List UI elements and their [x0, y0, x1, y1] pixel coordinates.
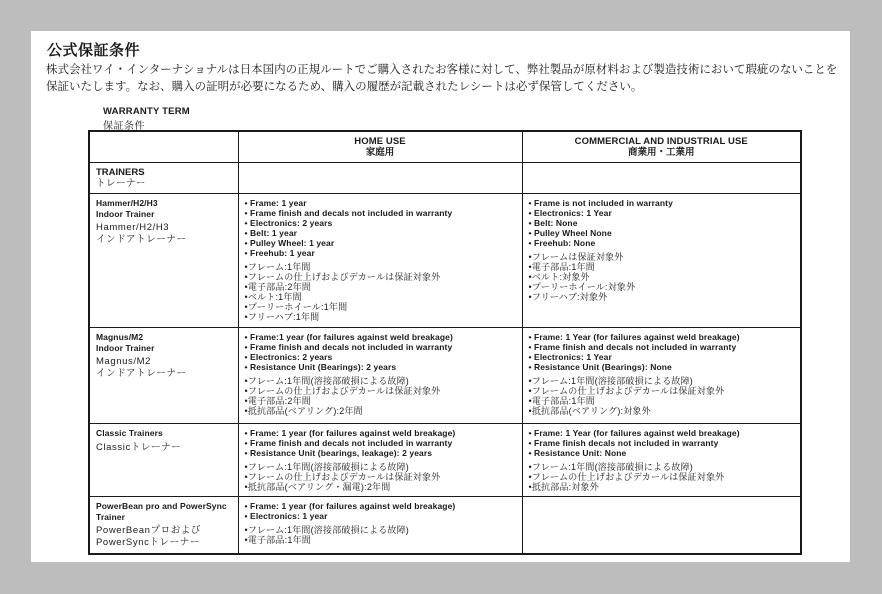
- warranty-item-en: Frame finish and decals not included in …: [529, 342, 795, 352]
- commercial-use-label-ja: 商業用・工業用: [529, 147, 795, 158]
- warranty-list-ja: フレーム:1年間(溶接部破損による故障)電子部品:1年間: [245, 525, 516, 545]
- commercial-use-cell: [522, 497, 801, 555]
- home-use-cell: Frame: 1 year (for failures against weld…: [238, 497, 522, 555]
- category-empty-home: [238, 163, 522, 194]
- warranty-item-ja: 電子部品:1年間: [245, 535, 516, 545]
- warranty-list-en: Frame: 1 yearFrame finish and decals not…: [245, 198, 516, 258]
- product-row: Magnus/M2Indoor TrainerMagnus/M2インドアトレーナ…: [89, 328, 801, 424]
- home-use-label-ja: 家庭用: [245, 147, 516, 158]
- product-name-cell: Hammer/H2/H3Indoor TrainerHammer/H2/H3イン…: [89, 194, 238, 328]
- product-name-cell: PowerBean pro and PowerSync TrainerPower…: [89, 497, 238, 555]
- warranty-item-en: Frame finish decals not included in warr…: [529, 438, 795, 448]
- warranty-item-ja: 電子部品:2年間: [245, 396, 516, 406]
- product-name-ja: インドアトレーナー: [96, 368, 232, 380]
- warranty-item-en: Electronics: 2 years: [245, 352, 516, 362]
- warranty-item-en: Resistance Unit (Bearings): 2 years: [245, 362, 516, 372]
- warranty-item-en: Freehub: None: [529, 238, 795, 248]
- product-name-en: Indoor Trainer: [96, 209, 232, 220]
- warranty-item-en: Belt: 1 year: [245, 228, 516, 238]
- header-cell-home-use: HOME USE 家庭用: [238, 131, 522, 163]
- warranty-item-en: Belt: None: [529, 218, 795, 228]
- header-cell-empty: [89, 131, 238, 163]
- warranty-item-ja: 電子部品:2年間: [245, 282, 516, 292]
- warranty-item-ja: 抵抗部品:対象外: [529, 482, 795, 492]
- warranty-list-en: Frame: 1 Year (for failures against weld…: [529, 428, 795, 458]
- warranty-item-ja: フレーム:1年間(溶接部破損による故障): [245, 462, 516, 472]
- warranty-table-body: TRAINERS トレーナー Hammer/H2/H3Indoor Traine…: [89, 163, 801, 555]
- warranty-item-ja: フレーム:1年間(溶接部破損による故障): [245, 376, 516, 386]
- warranty-item-en: Frame: 1 year (for failures against weld…: [245, 428, 516, 438]
- warranty-item-ja: 電子部品:1年間: [529, 396, 795, 406]
- warranty-item-en: Resistance Unit (bearings, leakage): 2 y…: [245, 448, 516, 458]
- warranty-list-en: Frame: 1 year (for failures against weld…: [245, 501, 516, 521]
- table-header-row: HOME USE 家庭用 COMMERCIAL AND INDUSTRIAL U…: [89, 131, 801, 163]
- warranty-item-ja: 電子部品:1年間: [529, 262, 795, 272]
- warranty-item-en: Frame: 1 Year (for failures against weld…: [529, 332, 795, 342]
- product-row: PowerBean pro and PowerSync TrainerPower…: [89, 497, 801, 555]
- commercial-use-label-en: COMMERCIAL AND INDUSTRIAL USE: [529, 136, 795, 147]
- warranty-item-ja: フレームは保証対象外: [529, 252, 795, 262]
- product-name-ja: Classicトレーナー: [96, 442, 232, 454]
- warranty-item-en: Frame is not included in warranty: [529, 198, 795, 208]
- product-row: Hammer/H2/H3Indoor TrainerHammer/H2/H3イン…: [89, 194, 801, 328]
- commercial-use-cell: Frame: 1 Year (for failures against weld…: [522, 328, 801, 424]
- product-name-ja: インドアトレーナー: [96, 234, 232, 246]
- category-label-ja: トレーナー: [96, 178, 232, 189]
- product-name-ja: Magnus/M2: [96, 356, 232, 368]
- warranty-item-ja: フレームの仕上げおよびデカールは保証対象外: [245, 272, 516, 282]
- warranty-list-ja: フレームは保証対象外電子部品:1年間ベルト:対象外プーリーホイール:対象外フリー…: [529, 252, 795, 302]
- warranty-item-ja: フレーム:1年間: [245, 262, 516, 272]
- warranty-list-ja: フレーム:1年間フレームの仕上げおよびデカールは保証対象外電子部品:2年間ベルト…: [245, 262, 516, 322]
- warranty-term-label-en: WARRANTY TERM: [103, 106, 190, 117]
- warranty-item-ja: ベルト:1年間: [245, 292, 516, 302]
- warranty-item-ja: フリーハブ:対象外: [529, 292, 795, 302]
- product-name-en: PowerBean pro and PowerSync Trainer: [96, 501, 232, 522]
- category-row: TRAINERS トレーナー: [89, 163, 801, 194]
- warranty-item-ja: プーリーホイール:対象外: [529, 282, 795, 292]
- home-use-cell: Frame: 1 year (for failures against weld…: [238, 424, 522, 497]
- warranty-item-en: Frame finish and decals not included in …: [245, 208, 516, 218]
- warranty-item-en: Freehub: 1 year: [245, 248, 516, 258]
- warranty-item-en: Electronics: 1 year: [245, 511, 516, 521]
- category-label-en: TRAINERS: [96, 167, 232, 178]
- warranty-item-en: Resistance Unit: None: [529, 448, 795, 458]
- warranty-item-en: Electronics: 1 Year: [529, 208, 795, 218]
- product-name-ja: PowerSyncトレーナー: [96, 537, 232, 549]
- warranty-item-en: Frame: 1 year (for failures against weld…: [245, 501, 516, 511]
- warranty-item-ja: プーリーホイール:1年間: [245, 302, 516, 312]
- warranty-item-en: Electronics: 1 Year: [529, 352, 795, 362]
- warranty-item-en: Frame finish and decals not included in …: [245, 438, 516, 448]
- warranty-item-ja: フレーム:1年間(溶接部破損による故障): [529, 376, 795, 386]
- canvas: { "colors": { "canvas_bg": "#bdbdbd", "p…: [0, 0, 882, 594]
- product-name-en: Magnus/M2: [96, 332, 232, 343]
- warranty-table: HOME USE 家庭用 COMMERCIAL AND INDUSTRIAL U…: [88, 130, 802, 555]
- product-name-en: Hammer/H2/H3: [96, 198, 232, 209]
- page-title: 公式保証条件: [47, 39, 140, 60]
- product-name-ja: PowerBeanプロおよび: [96, 525, 232, 537]
- commercial-use-cell: Frame is not included in warrantyElectro…: [522, 194, 801, 328]
- warranty-list-en: Frame:1 year (for failures against weld …: [245, 332, 516, 372]
- warranty-item-ja: フレームの仕上げおよびデカールは保証対象外: [529, 386, 795, 396]
- category-empty-commercial: [522, 163, 801, 194]
- warranty-item-ja: 抵抗部品(ベアリング):対象外: [529, 406, 795, 416]
- warranty-list-en: Frame is not included in warrantyElectro…: [529, 198, 795, 248]
- product-row: Classic TrainersClassicトレーナーFrame: 1 yea…: [89, 424, 801, 497]
- product-name-cell: Magnus/M2Indoor TrainerMagnus/M2インドアトレーナ…: [89, 328, 238, 424]
- category-cell: TRAINERS トレーナー: [89, 163, 238, 194]
- warranty-item-ja: フレーム:1年間(溶接部破損による故障): [245, 525, 516, 535]
- warranty-list-ja: フレーム:1年間(溶接部破損による故障)フレームの仕上げおよびデカールは保証対象…: [245, 462, 516, 492]
- warranty-item-en: Pulley Wheel None: [529, 228, 795, 238]
- commercial-use-cell: Frame: 1 Year (for failures against weld…: [522, 424, 801, 497]
- warranty-item-ja: フレームの仕上げおよびデカールは保証対象外: [529, 472, 795, 482]
- warranty-item-en: Frame: 1 year: [245, 198, 516, 208]
- warranty-item-en: Electronics: 2 years: [245, 218, 516, 228]
- home-use-cell: Frame: 1 yearFrame finish and decals not…: [238, 194, 522, 328]
- warranty-list-ja: フレーム:1年間(溶接部破損による故障)フレームの仕上げおよびデカールは保証対象…: [245, 376, 516, 416]
- warranty-item-ja: 抵抗部品(ベアリング):2年間: [245, 406, 516, 416]
- warranty-item-ja: フレーム:1年間(溶接部破損による故障): [529, 462, 795, 472]
- warranty-item-ja: フレームの仕上げおよびデカールは保証対象外: [245, 472, 516, 482]
- warranty-item-ja: ベルト:対象外: [529, 272, 795, 282]
- warranty-list-en: Frame: 1 year (for failures against weld…: [245, 428, 516, 458]
- intro-paragraph: 株式会社ワイ・インターナショナルは日本国内の正規ルートでご購入されたお客様に対し…: [46, 62, 848, 96]
- product-name-ja: Hammer/H2/H3: [96, 222, 232, 234]
- warranty-list-ja: フレーム:1年間(溶接部破損による故障)フレームの仕上げおよびデカールは保証対象…: [529, 462, 795, 492]
- product-name-cell: Classic TrainersClassicトレーナー: [89, 424, 238, 497]
- document-page: 公式保証条件 株式会社ワイ・インターナショナルは日本国内の正規ルートでご購入され…: [31, 31, 850, 562]
- home-use-label-en: HOME USE: [245, 136, 516, 147]
- warranty-item-ja: フリーハブ:1年間: [245, 312, 516, 322]
- warranty-item-en: Pulley Wheel: 1 year: [245, 238, 516, 248]
- product-name-en: Indoor Trainer: [96, 343, 232, 354]
- product-name-en: Classic Trainers: [96, 428, 232, 439]
- home-use-cell: Frame:1 year (for failures against weld …: [238, 328, 522, 424]
- warranty-list-ja: フレーム:1年間(溶接部破損による故障)フレームの仕上げおよびデカールは保証対象…: [529, 376, 795, 416]
- warranty-item-en: Frame finish and decals not included in …: [245, 342, 516, 352]
- warranty-list-en: Frame: 1 Year (for failures against weld…: [529, 332, 795, 372]
- warranty-item-en: Resistance Unit (Bearings): None: [529, 362, 795, 372]
- warranty-item-en: Frame:1 year (for failures against weld …: [245, 332, 516, 342]
- header-cell-commercial-use: COMMERCIAL AND INDUSTRIAL USE 商業用・工業用: [522, 131, 801, 163]
- warranty-item-ja: 抵抗部品(ベアリング・漏電):2年間: [245, 482, 516, 492]
- warranty-item-ja: フレームの仕上げおよびデカールは保証対象外: [245, 386, 516, 396]
- warranty-item-en: Frame: 1 Year (for failures against weld…: [529, 428, 795, 438]
